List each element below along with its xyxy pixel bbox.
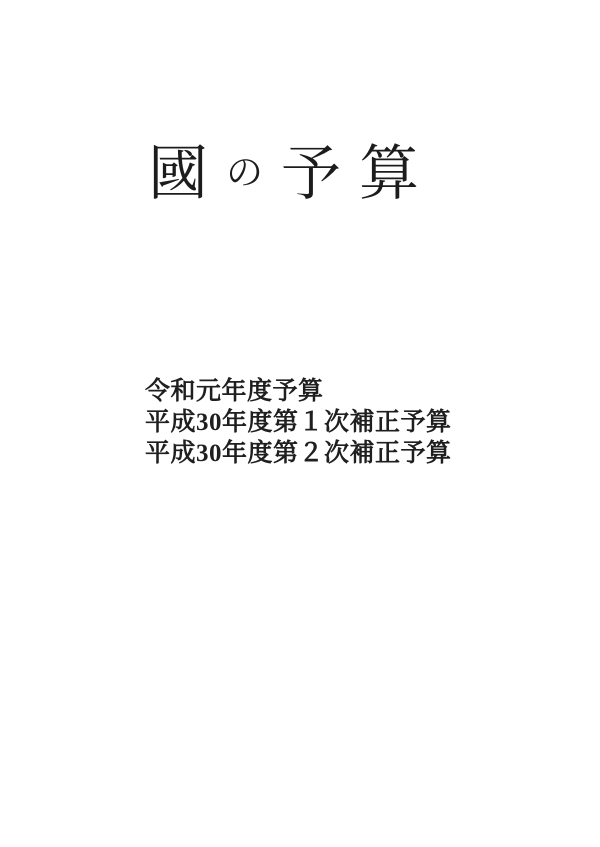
budget-edition-list: 令和元年度予算 平成30年度第１次補正予算 平成30年度第２次補正予算	[145, 376, 452, 469]
title-particle-no: の	[226, 153, 281, 194]
page-title: 國の予算	[148, 140, 437, 209]
title-kanji-kuni: 國	[148, 141, 226, 207]
budget-line-reiwa-1: 令和元年度予算	[145, 376, 452, 407]
book-cover-page: 國の予算 令和元年度予算 平成30年度第１次補正予算 平成30年度第２次補正予算	[0, 0, 600, 847]
title-kanji-yosan: 予算	[281, 141, 437, 207]
budget-line-heisei30-supplementary-2: 平成30年度第２次補正予算	[145, 438, 452, 469]
budget-line-heisei30-supplementary-1: 平成30年度第１次補正予算	[145, 407, 452, 438]
